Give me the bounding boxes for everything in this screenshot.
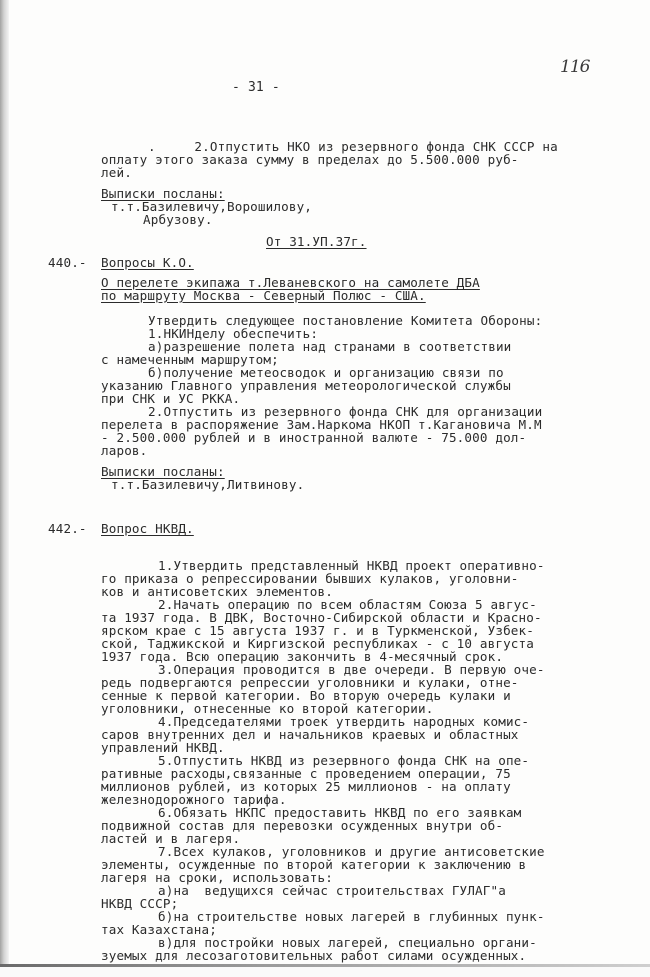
text-line: 442.-: [48, 522, 94, 535]
underlined-heading-line: Вопросы К.О.: [101, 256, 194, 269]
underlined-heading-line: Вопрос НКВД.: [101, 522, 194, 535]
underlined-heading-line: по маршруту Москва - Северный Полюс - СШ…: [101, 289, 426, 302]
page-below-margin: [0, 967, 650, 977]
archive-handwritten-mark: 116: [560, 57, 589, 77]
text-line: лей.: [101, 166, 132, 179]
text-line: а)на ведущихся сейчас строительствах ГУЛ…: [158, 884, 506, 897]
text-line: Арбузову.: [143, 213, 213, 226]
text-line: зуемых для лесозаготовительных работ сил…: [101, 949, 526, 962]
page-left-edge-shadow: [0, 0, 9, 968]
underlined-heading-line: От 31.УП.37г.: [266, 235, 367, 248]
text-line: 440.-: [48, 256, 94, 269]
page-number: - 31 -: [232, 81, 280, 94]
text-line: - 2.500.000 рублей и в иностранной валют…: [101, 431, 526, 444]
text-line: т.т.Базилевичу,Литвинову.: [111, 478, 304, 491]
document-page: - 31 - 116 . 2.Отпустить НКО из резервно…: [0, 0, 650, 977]
text-line: ларов.: [101, 444, 147, 457]
text-line: оплату этого заказа сумму в пределах до …: [101, 153, 519, 166]
